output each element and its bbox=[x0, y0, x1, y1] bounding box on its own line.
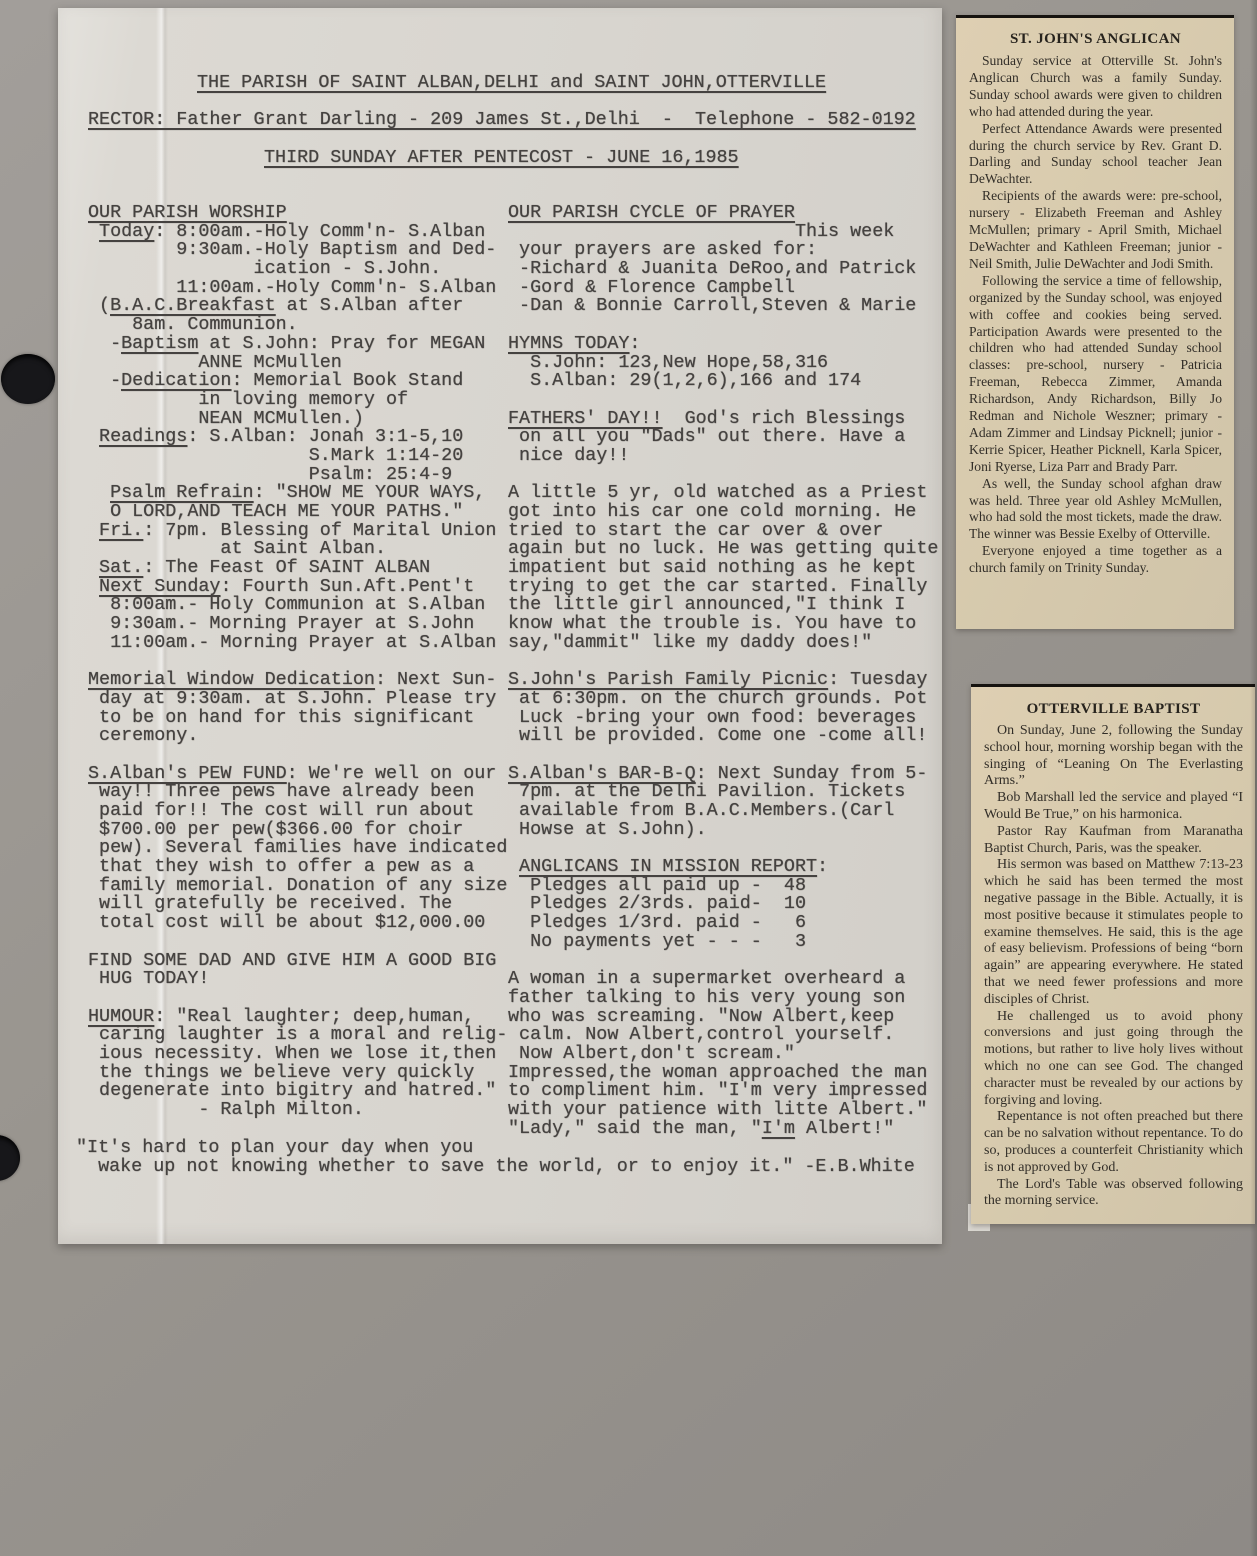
clipping-body: Sunday service at Otterville St. John's … bbox=[969, 53, 1222, 577]
text-line: "Lady," said the man, "I'm Albert!" bbox=[508, 1120, 938, 1139]
clipping-paragraph: His sermon was based on Matthew 7:13-23 … bbox=[984, 857, 1243, 1008]
clipping-title: ST. JOHN'S ANGLICAN bbox=[969, 31, 1222, 48]
newsletter-left-column: OUR PARISH WORSHIP Today: 8:00am.-Holy C… bbox=[88, 204, 507, 1120]
clipping-paragraph: Perfect Attendance Awards were presented… bbox=[969, 121, 1222, 189]
text-line: say,"dammit" like my daddy does!" bbox=[508, 634, 938, 653]
text-line: ious necessity. When we lose it,then bbox=[88, 1045, 507, 1064]
text-line: O LORD,AND TEACH ME YOUR PATHS." bbox=[88, 503, 507, 522]
text-line: day at 9:30am. at S.John. Please try bbox=[88, 690, 507, 709]
clipping-paragraph: Recipients of the awards were: pre-schoo… bbox=[969, 188, 1222, 273]
newsletter-date-line: THIRD SUNDAY AFTER PENTECOST - JUNE 16,1… bbox=[264, 149, 739, 168]
text-line: total cost will be about $12,000.00 bbox=[88, 914, 507, 933]
clipping-otterville-baptist: OTTERVILLE BAPTIST On Sunday, June 2, fo… bbox=[971, 684, 1255, 1224]
text-line: HUG TODAY! bbox=[88, 970, 507, 989]
text-line: know what the trouble is. You have to bbox=[508, 615, 938, 634]
text-line: father talking to his very young son bbox=[508, 989, 938, 1008]
text-line: 11:00am.- Morning Prayer at S.Alban bbox=[88, 634, 507, 653]
clipping-paragraph: Following the service a time of fellowsh… bbox=[969, 273, 1222, 476]
text-line: in loving memory of bbox=[88, 391, 507, 410]
text-line: -Richard & Juanita DeRoo,and Patrick bbox=[508, 260, 938, 279]
text-line: "It's hard to plan your day when you bbox=[76, 1139, 915, 1158]
clipping-st-johns-anglican: ST. JOHN'S ANGLICAN Sunday service at Ot… bbox=[956, 15, 1234, 629]
text-line: wake up not knowing whether to save the … bbox=[76, 1158, 915, 1177]
text-line: - Ralph Milton. bbox=[88, 1101, 507, 1120]
clipping-paragraph: Bob Marshall led the service and played … bbox=[984, 790, 1243, 824]
text-line: Pledges 1/3rd. paid - 6 bbox=[508, 914, 938, 933]
clipping-paragraph: He challenged us to avoid phony conversi… bbox=[984, 1009, 1243, 1110]
text-line: that they wish to offer a pew as a bbox=[88, 858, 507, 877]
text-line: available from B.A.C.Members.(Carl bbox=[508, 802, 938, 821]
album-page: { "colors": { "album_background": "#9995… bbox=[0, 0, 1257, 1556]
text-line: No payments yet - - - 3 bbox=[508, 933, 938, 952]
text-line: -Dan & Bonnie Carroll,Steven & Marie bbox=[508, 297, 938, 316]
text-line: Now Albert,don't scream." bbox=[508, 1045, 938, 1064]
clipping-title: OTTERVILLE BAPTIST bbox=[984, 701, 1243, 718]
text-line: paid for!! The cost will run about bbox=[88, 802, 507, 821]
newsletter-title: THE PARISH OF SAINT ALBAN,DELHI and SAIN… bbox=[197, 74, 826, 93]
text-line: ceremony. bbox=[88, 727, 507, 746]
clipping-paragraph: As well, the Sunday school afghan draw w… bbox=[969, 476, 1222, 544]
text-line: got into his car one cold morning. He bbox=[508, 503, 938, 522]
text-line: HYMNS TODAY: bbox=[508, 335, 938, 354]
clipping-paragraph: On Sunday, June 2, following the Sunday … bbox=[984, 723, 1243, 790]
page-edge-shadow bbox=[1250, 0, 1257, 1556]
text-line: Howse at S.John). bbox=[508, 821, 938, 840]
text-line: nice day!! bbox=[508, 447, 938, 466]
clipping-body: On Sunday, June 2, following the Sunday … bbox=[984, 723, 1243, 1210]
text-line: with your patience with litte Albert." bbox=[508, 1101, 938, 1120]
clipping-paragraph: Pastor Ray Kaufman from Maranatha Baptis… bbox=[984, 824, 1243, 858]
hole-punch-top bbox=[1, 354, 55, 404]
text-line: ANGLICANS IN MISSION REPORT: bbox=[508, 858, 938, 877]
newsletter-footer-quote: "It's hard to plan your day when you wak… bbox=[76, 1139, 915, 1176]
hole-punch-bottom bbox=[0, 1135, 20, 1181]
clipping-paragraph: The Lord's Table was observed following … bbox=[984, 1177, 1243, 1211]
newsletter-rector-line: RECTOR: Father Grant Darling - 209 James… bbox=[88, 111, 916, 130]
clipping-paragraph: Repentance is not often preached but the… bbox=[984, 1109, 1243, 1176]
newsletter-right-column: OUR PARISH CYCLE OF PRAYER This week you… bbox=[508, 204, 938, 1138]
text-line: S.Alban: 29(1,2,6),166 and 174 bbox=[508, 372, 938, 391]
text-line: ication - S.John. bbox=[88, 260, 507, 279]
text-line: -Baptism at S.John: Pray for MEGAN bbox=[88, 335, 507, 354]
text-line: 9:30am.- Morning Prayer at S.John bbox=[88, 615, 507, 634]
text-line: impatient but said nothing as he kept bbox=[508, 559, 938, 578]
text-line: OUR PARISH CYCLE OF PRAYER bbox=[508, 204, 938, 223]
clipping-paragraph: Sunday service at Otterville St. John's … bbox=[969, 53, 1222, 121]
text-line: at 6:30pm. on the church grounds. Pot bbox=[508, 690, 938, 709]
text-line: S.Mark 1:14-20 bbox=[88, 447, 507, 466]
clipping-paragraph: Everyone enjoyed a time together as a ch… bbox=[969, 543, 1222, 577]
text-line bbox=[88, 933, 507, 952]
text-line: will be provided. Come one -come all! bbox=[508, 727, 938, 746]
